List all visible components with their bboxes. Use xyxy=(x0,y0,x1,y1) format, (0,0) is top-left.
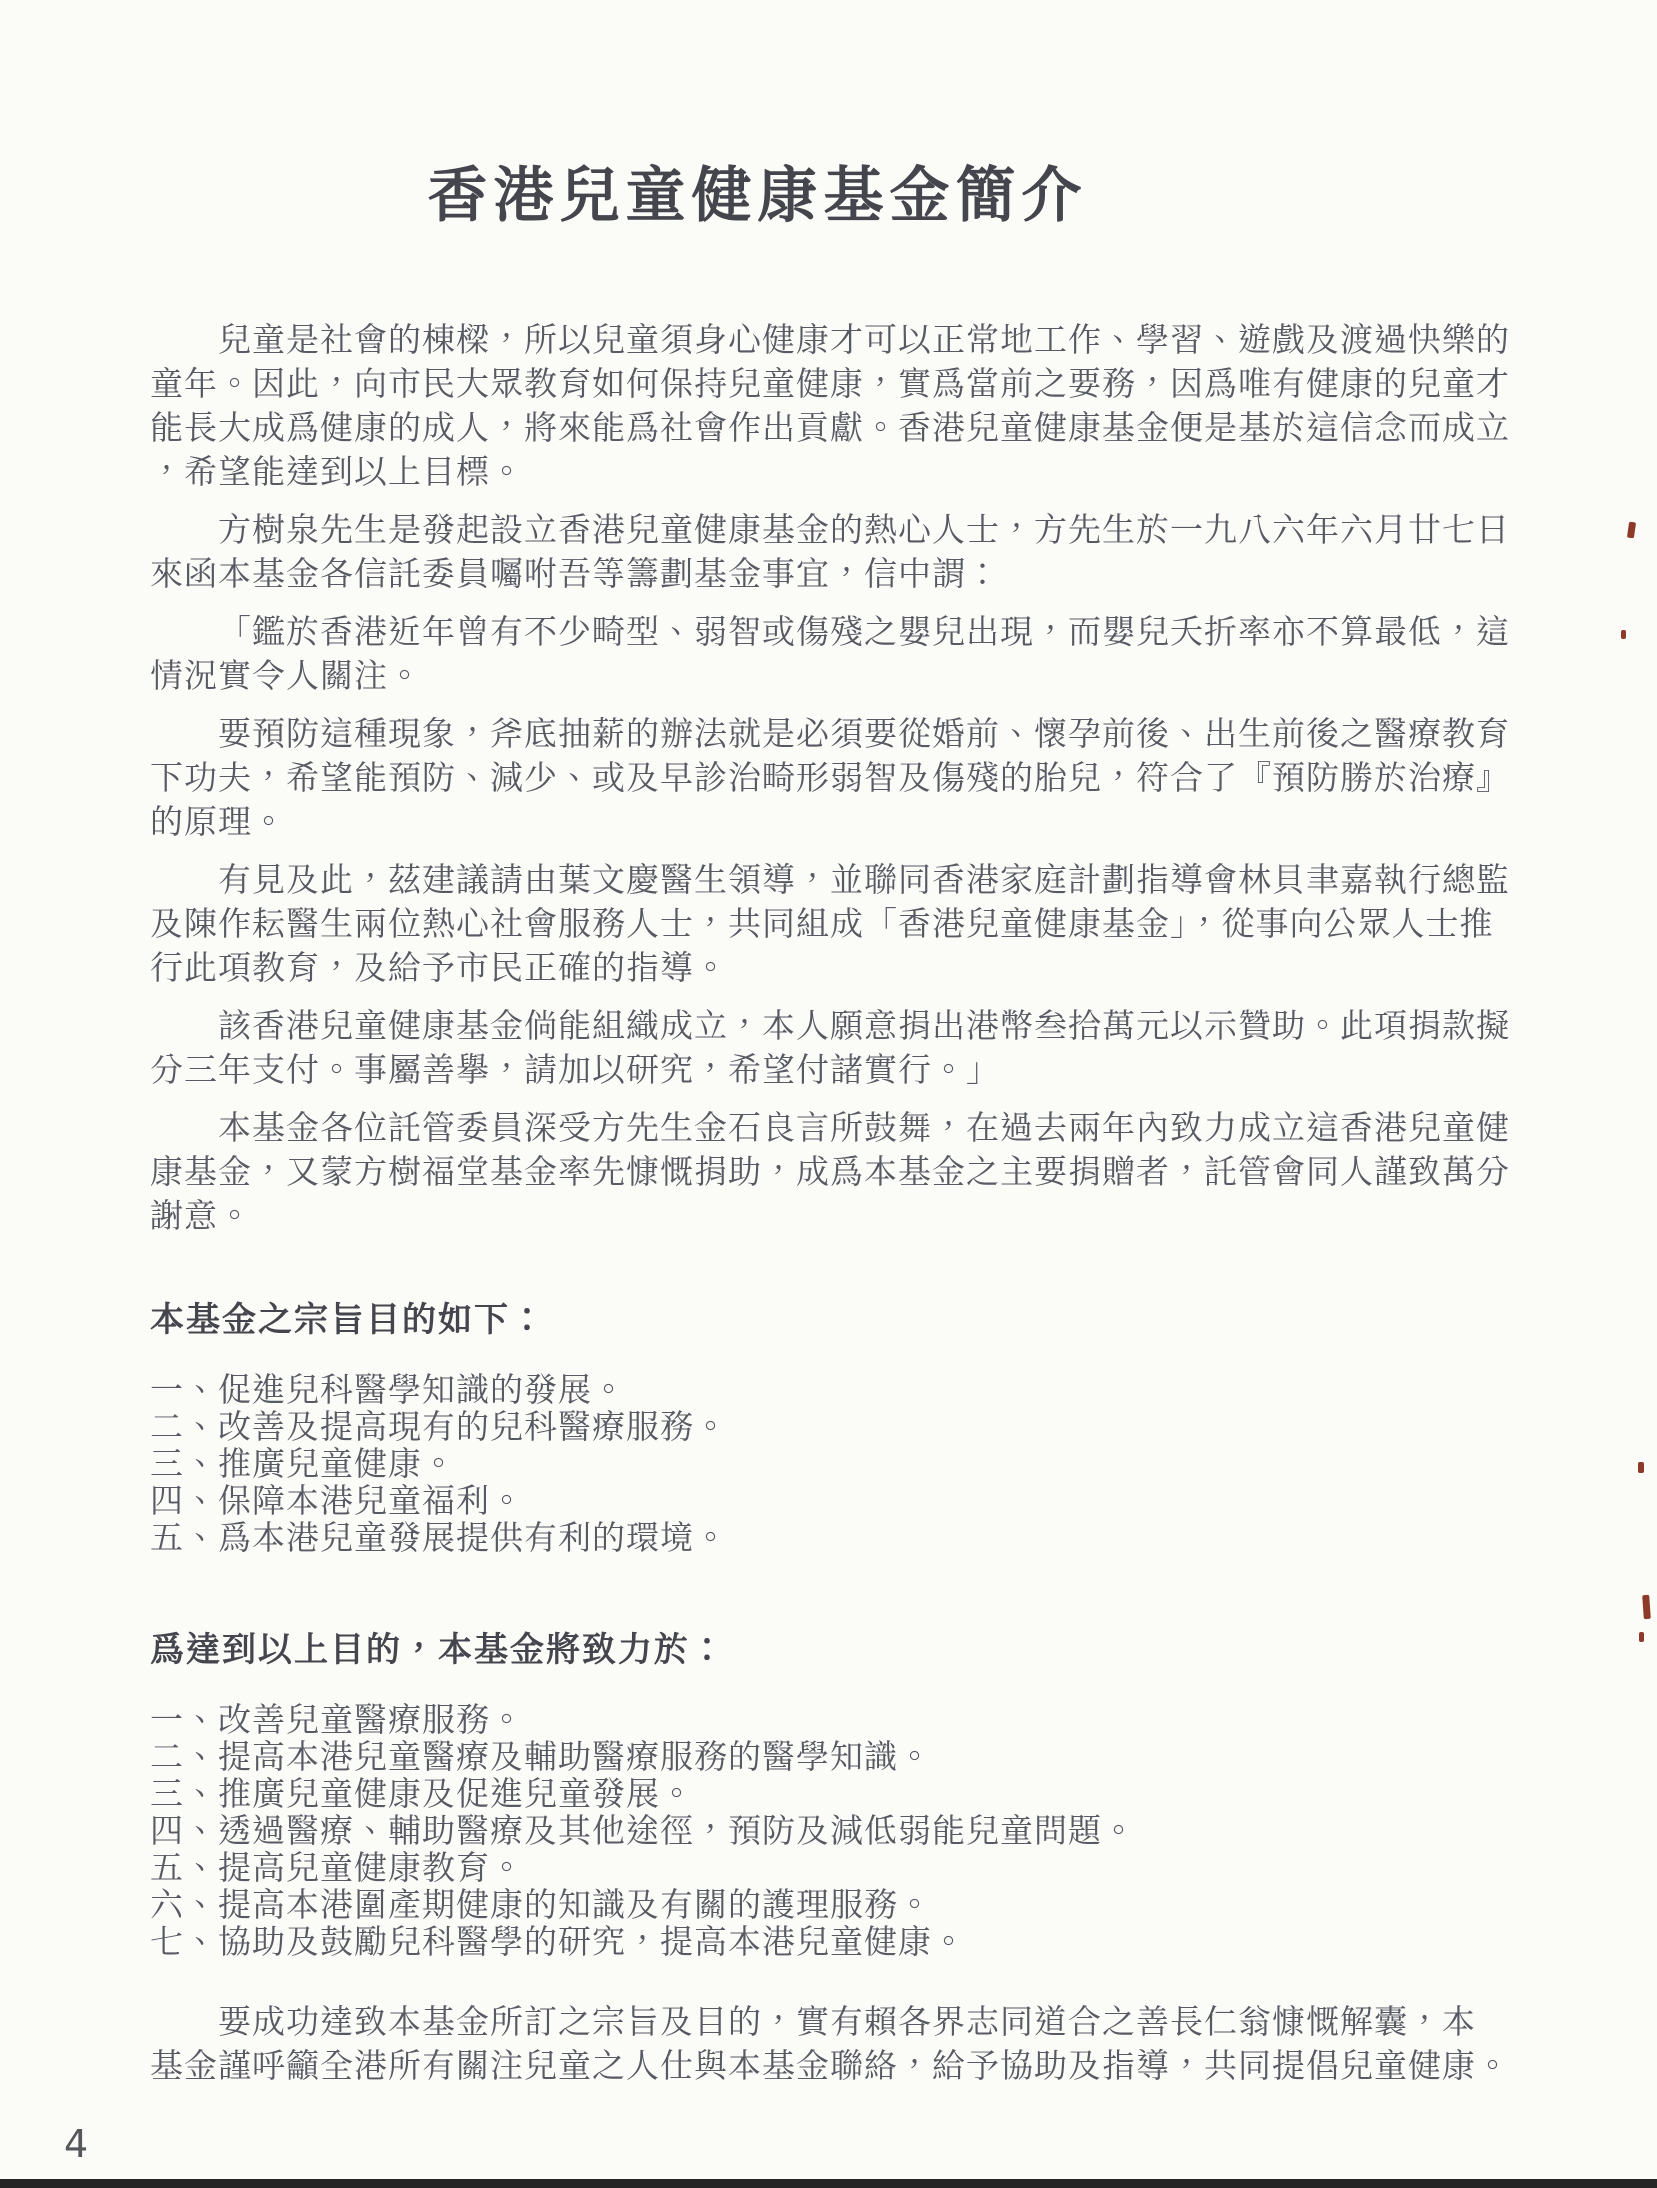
closing-paragraph: 要成功達致本基金所訂之宗旨及目的，實有賴各界志同道合之善長仁翁慷慨解囊，本 基金… xyxy=(150,2000,1515,2088)
scan-artifact xyxy=(1638,1462,1644,1473)
list-item: 三、推廣兒童健康及促進兒童發展。 xyxy=(150,1775,1515,1812)
quote-paragraph-1: 「鑑於香港近年曾有不少畸型、弱智或傷殘之嬰兒出現，而嬰兒夭折率亦不算最低，這 情… xyxy=(150,610,1515,698)
commitments-list: 一、改善兒童醫療服務。二、提高本港兒童醫療及輔助醫療服務的醫學知識。三、推廣兒童… xyxy=(150,1701,1515,1960)
quote-paragraph-4: 該香港兒童健康基金倘能組織成立，本人願意捐出港幣叁拾萬元以示贊助。此項捐款擬 分… xyxy=(150,1004,1515,1092)
list-item: 四、透過醫療、輔助醫療及其他途徑，預防及減低弱能兒童問題。 xyxy=(150,1812,1515,1849)
scan-artifact xyxy=(1642,1595,1651,1619)
list-item: 一、改善兒童醫療服務。 xyxy=(150,1701,1515,1738)
list-item: 一、促進兒科醫學知識的發展。 xyxy=(150,1371,1515,1408)
list-item: 四、保障本港兒童福利。 xyxy=(150,1482,1515,1519)
intro-paragraph-2: 方樹泉先生是發起設立香港兒童健康基金的熱心人士，方先生於一九八六年六月廿七日 來… xyxy=(150,508,1515,596)
scanned-document-page: 香港兒童健康基金簡介 兒童是社會的棟樑，所以兒童須身心健康才可以正常地工作、學習… xyxy=(0,0,1657,2188)
list-item: 七、協助及鼓勵兒科醫學的研究，提高本港兒童健康。 xyxy=(150,1923,1515,1960)
scan-artifact xyxy=(1627,522,1636,539)
scan-artifact xyxy=(1621,630,1626,639)
scan-edge xyxy=(0,2179,1657,2188)
document-title: 香港兒童健康基金簡介 xyxy=(150,148,1365,234)
list-item: 五、提高兒童健康教育。 xyxy=(150,1849,1515,1886)
acknowledgement-paragraph: 本基金各位託管委員深受方先生金石良言所鼓舞，在過去兩年內致力成立這香港兒童健 康… xyxy=(150,1106,1515,1238)
section-heading-objectives: 本基金之宗旨目的如下： xyxy=(150,1292,1515,1341)
scan-artifact xyxy=(1639,1632,1644,1642)
list-item: 六、提高本港圍產期健康的知識及有關的護理服務。 xyxy=(150,1886,1515,1923)
quote-paragraph-2: 要預防這種現象，斧底抽薪的辦法就是必須要從婚前、懷孕前後、出生前後之醫療教育 下… xyxy=(150,712,1515,844)
objectives-list: 一、促進兒科醫學知識的發展。二、改善及提高現有的兒科醫療服務。三、推廣兒童健康。… xyxy=(150,1371,1515,1556)
page-number: 4 xyxy=(64,2122,88,2166)
list-item: 三、推廣兒童健康。 xyxy=(150,1445,1515,1482)
section-heading-commitments: 爲達到以上目的，本基金將致力於： xyxy=(150,1622,1515,1671)
document-content: 香港兒童健康基金簡介 兒童是社會的棟樑，所以兒童須身心健康才可以正常地工作、學習… xyxy=(150,148,1515,2102)
list-item: 五、爲本港兒童發展提供有利的環境。 xyxy=(150,1519,1515,1556)
intro-paragraph-1: 兒童是社會的棟樑，所以兒童須身心健康才可以正常地工作、學習、遊戲及渡過快樂的 童… xyxy=(150,318,1515,494)
quote-paragraph-3: 有見及此，茲建議請由葉文慶醫生領導，並聯同香港家庭計劃指導會林貝聿嘉執行總監 及… xyxy=(150,858,1515,990)
list-item: 二、改善及提高現有的兒科醫療服務。 xyxy=(150,1408,1515,1445)
list-item: 二、提高本港兒童醫療及輔助醫療服務的醫學知識。 xyxy=(150,1738,1515,1775)
